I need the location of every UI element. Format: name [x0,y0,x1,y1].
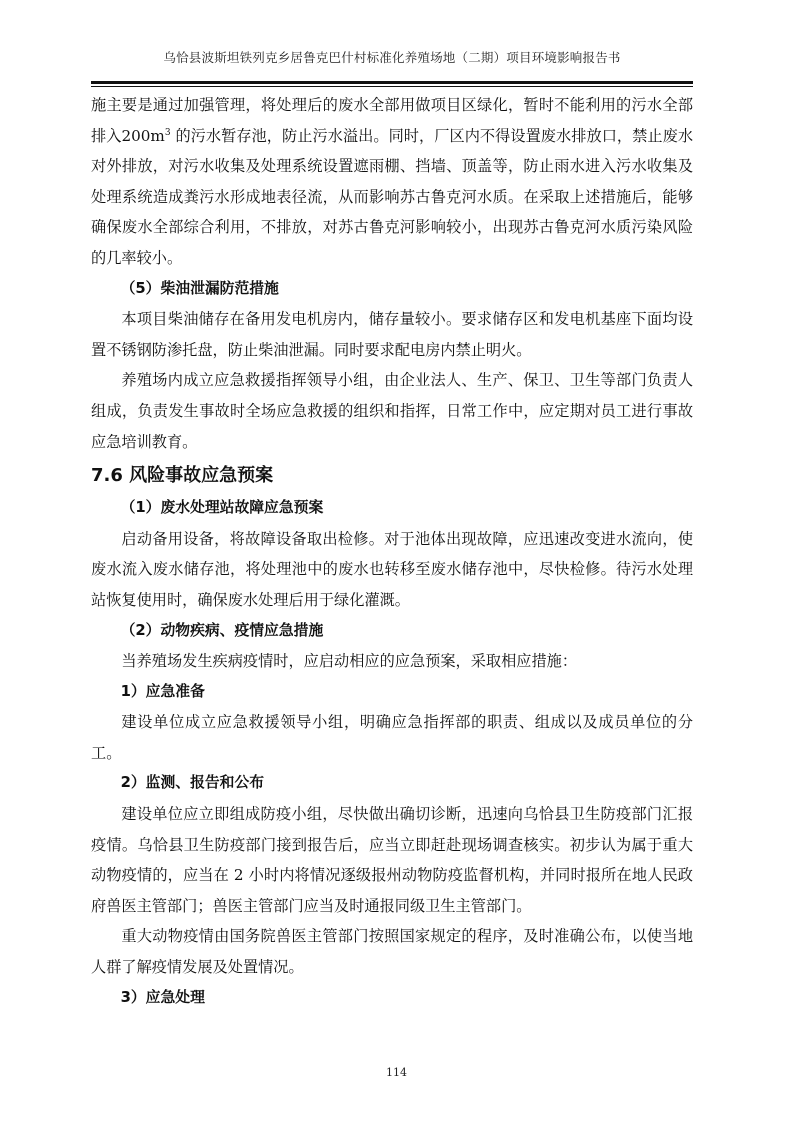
subheading-diesel-leak: （5）柴油泄漏防范措施 [91,274,693,305]
paragraph-publication: 重大动物疫情由国务院兽医主管部门按照国家规定的程序，及时准确公布，以使当地人群了… [91,921,693,982]
paragraph-disease-response: 当养殖场发生疾病疫情时，应启动相应的应急预案，采取相应措施： [91,646,693,677]
subheading-emergency-handling: 3）应急处理 [91,983,693,1014]
subheading-wastewater-station: （1）废水处理站故障应急预案 [91,493,693,524]
header-rule-thick [91,81,693,84]
subheading-animal-disease: （2）动物疾病、疫情应急措施 [91,616,693,647]
paragraph-emergency-team: 养殖场内成立应急救援指挥领导小组，由企业法人、生产、保卫、卫生等部门负责人组成，… [91,365,693,457]
paragraph-backup-equipment: 启动备用设备，将故障设备取出检修。对于池体出现故障，应迅速改变进水流向，使废水流… [91,524,693,616]
paragraph-text: 的污水暂存池，防止污水溢出。同时，厂区内不得设置废水排放口，禁止废水对外排放，对… [91,127,693,267]
subheading-monitoring: 2）监测、报告和公布 [91,768,693,799]
paragraph-preparation: 建设单位成立应急救援领导小组，明确应急指挥部的职责、组成以及成员单位的分工。 [91,707,693,768]
subheading-preparation: 1）应急准备 [91,677,693,708]
section-heading-7-6: 7.6 风险事故应急预案 [91,459,693,493]
page-number: 114 [0,1066,793,1079]
page-body: 施主要是通过加强管理，将处理后的废水全部用做项目区绿化，暂时不能利用的污水全部排… [91,90,693,1013]
paragraph-monitoring: 建设单位应立即组成防疫小组，尽快做出确切诊断，迅速向乌恰县卫生防疫部门汇报疫情。… [91,799,693,921]
header-rule-thin [91,86,693,87]
running-header: 乌恰县波斯坦铁列克乡居鲁克巴什村标准化养殖场地（二期）项目环境影响报告书 [91,48,693,66]
paragraph-diesel-storage: 本项目柴油储存在备用发电机房内，储存量较小。要求储存区和发电机基座下面均设置不锈… [91,304,693,365]
paragraph-wastewater-measures: 施主要是通过加强管理，将处理后的废水全部用做项目区绿化，暂时不能利用的污水全部排… [91,90,693,274]
